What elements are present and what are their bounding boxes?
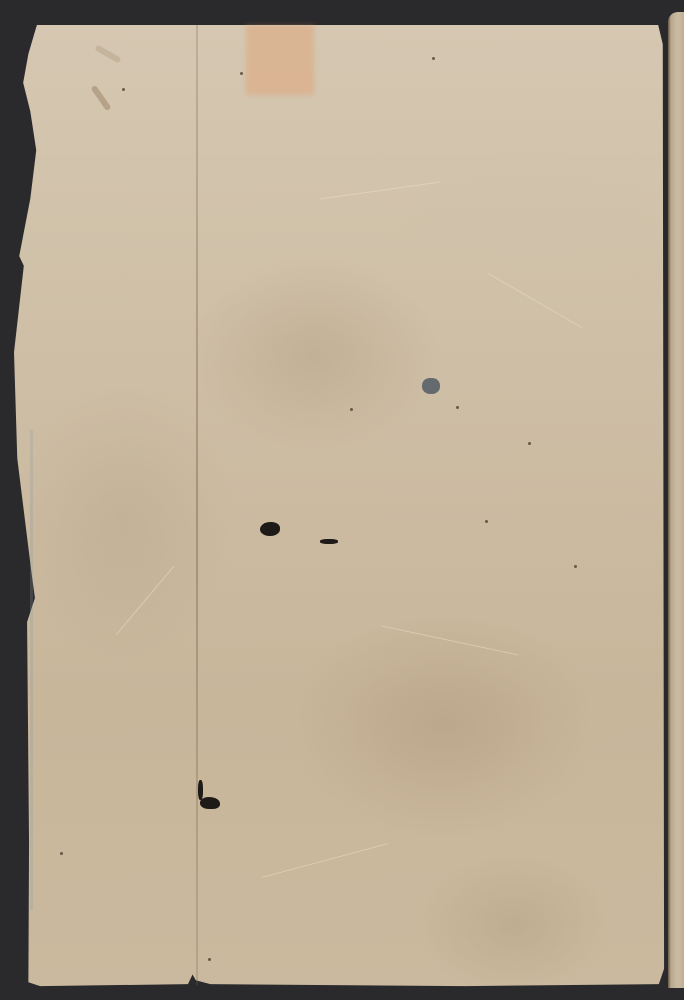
ink-blot [320, 539, 338, 544]
blue-gray-spot [422, 378, 440, 394]
ink-blot [198, 780, 203, 800]
fold-line [196, 25, 198, 985]
left-edge-crease [30, 430, 33, 910]
speck [432, 57, 435, 60]
speck [122, 88, 125, 91]
speck [350, 408, 353, 411]
adjacent-page-edge [668, 12, 684, 988]
speck [456, 406, 459, 409]
speck [240, 72, 243, 75]
speck [60, 852, 63, 855]
paper-page [14, 25, 668, 988]
speck [528, 442, 531, 445]
speck [574, 565, 577, 568]
ink-blot [200, 797, 220, 809]
ink-blot [260, 522, 280, 536]
speck [485, 520, 488, 523]
speck [208, 958, 211, 961]
orange-stain-mark [246, 25, 314, 95]
